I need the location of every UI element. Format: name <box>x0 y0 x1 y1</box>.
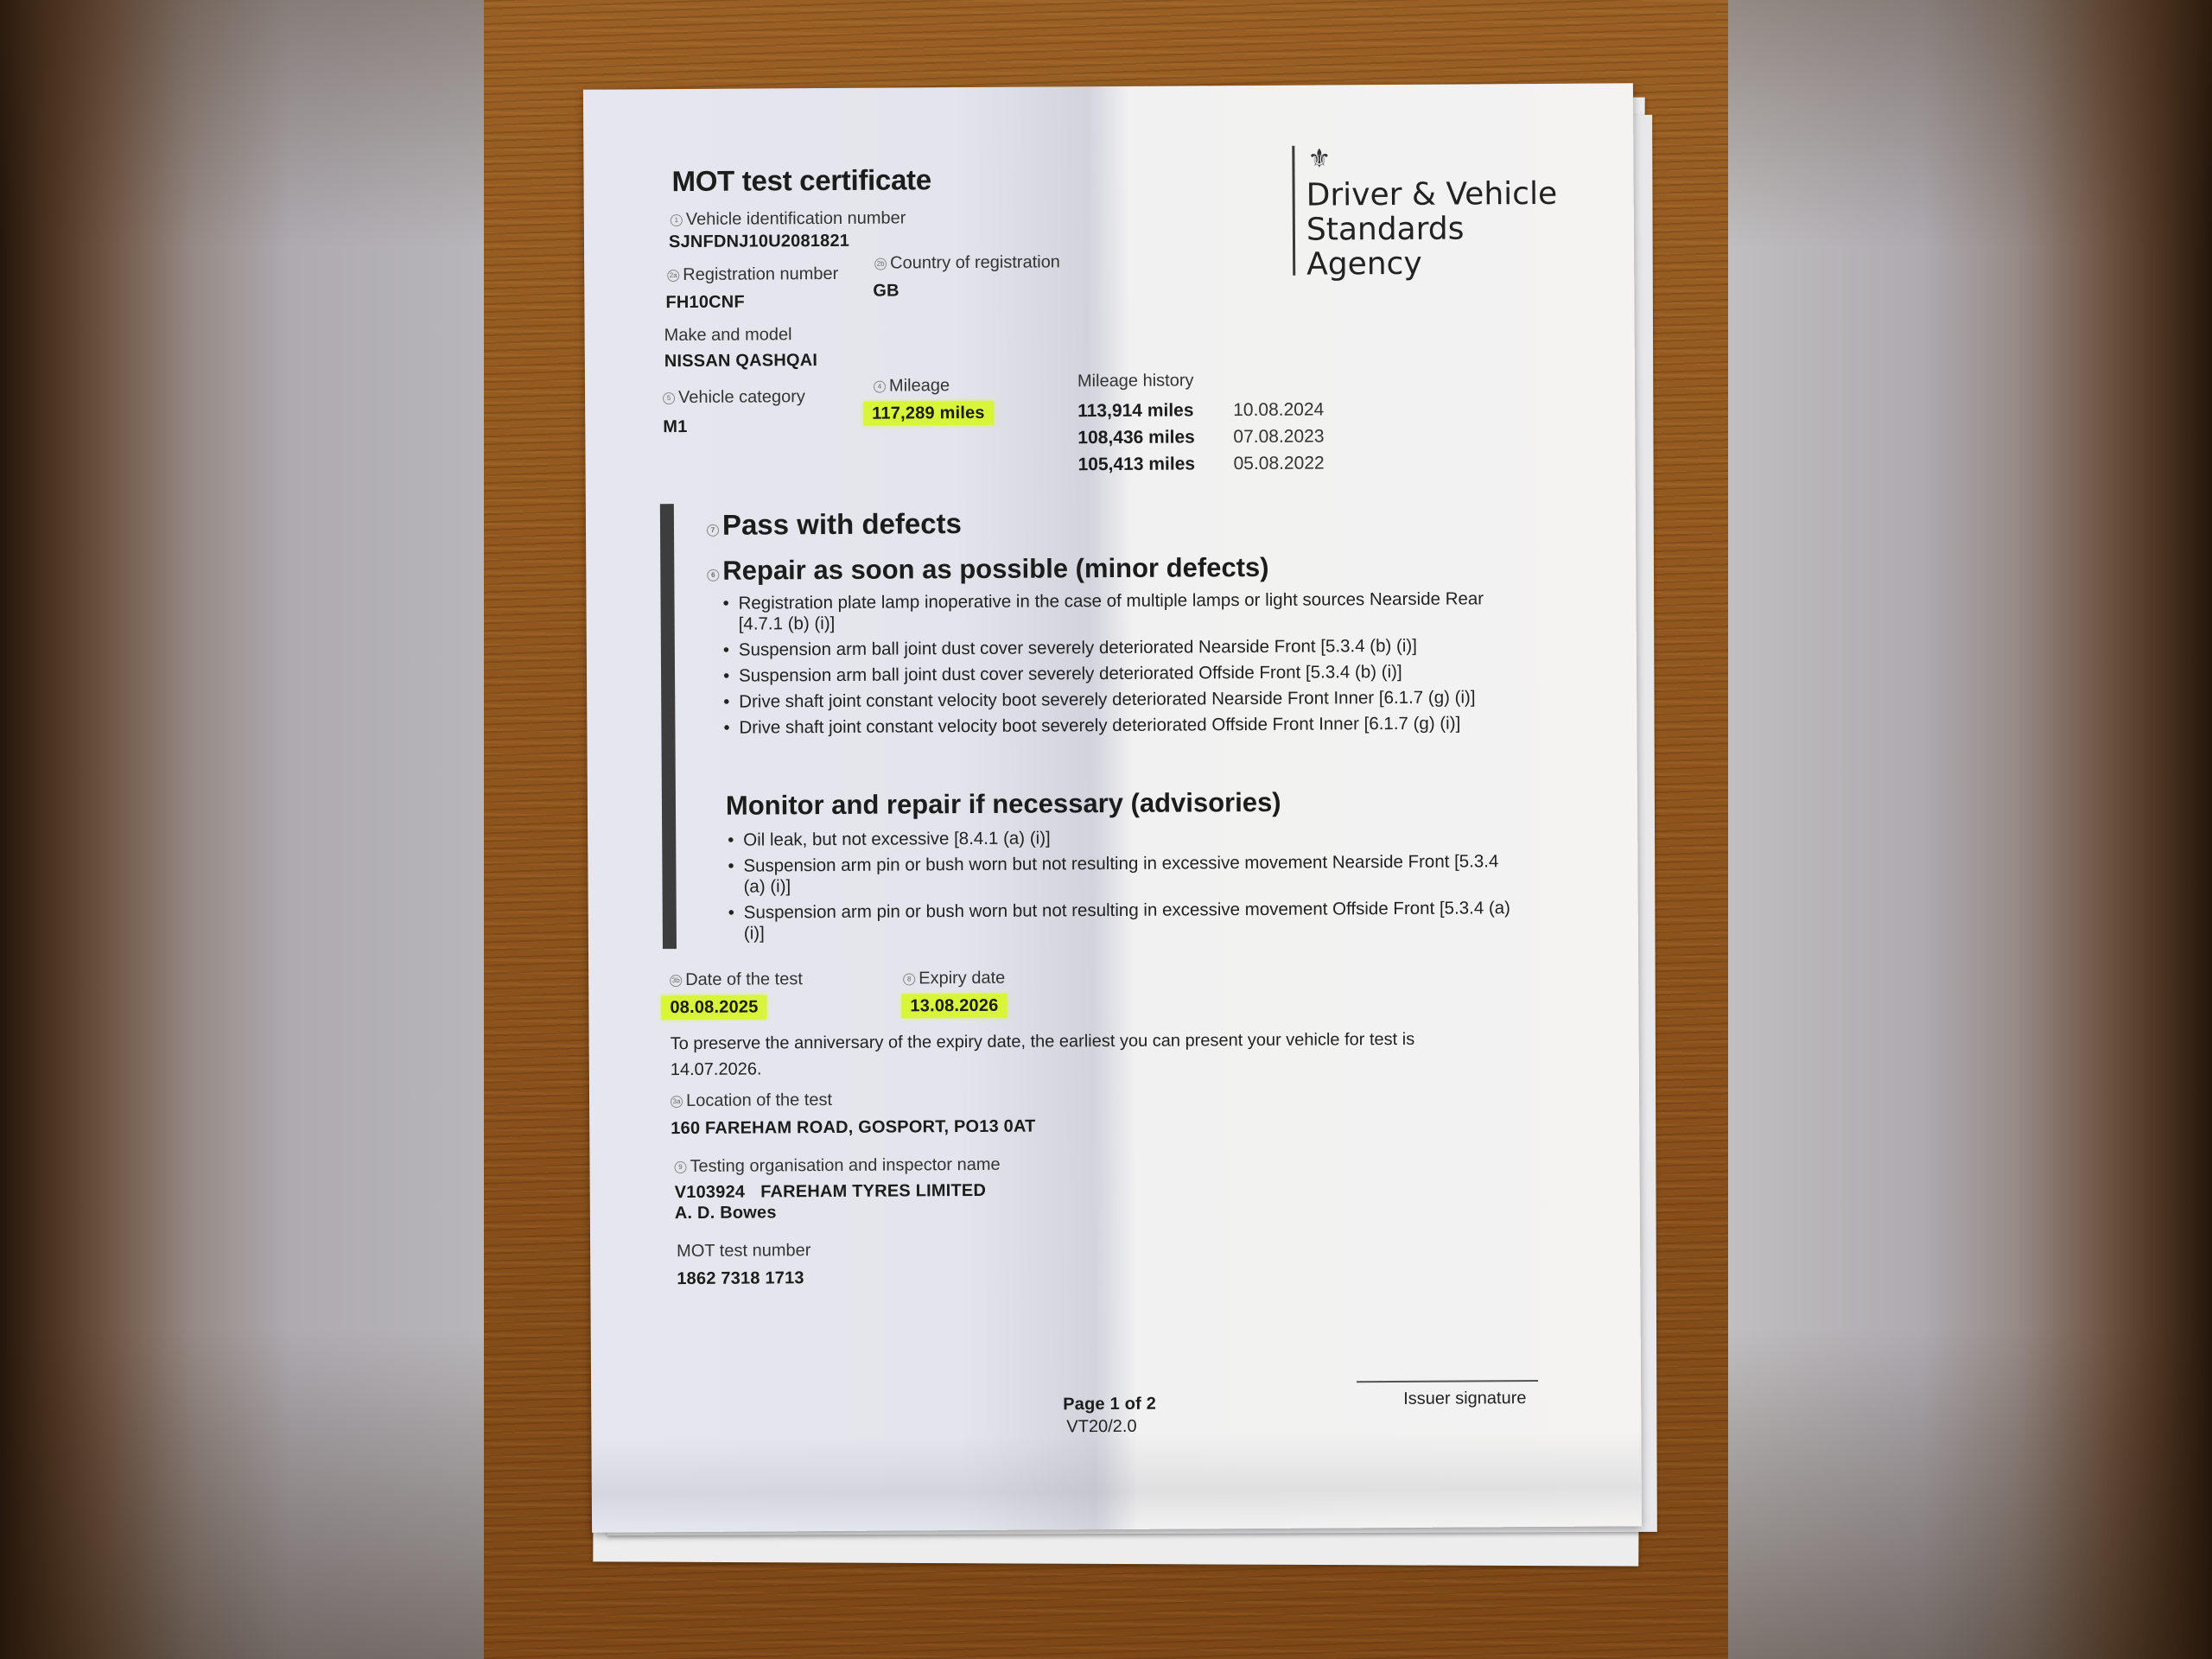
mileage-label: 4Mileage <box>874 376 950 397</box>
test-date-label-text: Date of the test <box>685 969 803 989</box>
agency-line-2: Standards <box>1306 212 1558 248</box>
field-number-badge: 4 <box>874 380 886 392</box>
signature-line <box>1357 1380 1538 1382</box>
location-value: 160 FAREHAM ROAD, GOSPORT, PO13 0AT <box>671 1117 1035 1140</box>
minor-defects-heading-text: Repair as soon as possible (minor defect… <box>722 552 1268 586</box>
advisory-item: Suspension arm pin or bush worn but not … <box>728 898 1523 944</box>
test-number-value: 1862 7318 1713 <box>677 1268 804 1289</box>
tester-label-text: Testing organisation and inspector name <box>690 1155 1000 1176</box>
expiry-date-label-text: Expiry date <box>918 969 1005 988</box>
paper-fold-shadow <box>591 1431 1642 1532</box>
agency-line-1: Driver & Vehicle <box>1306 177 1558 213</box>
royal-coat-of-arms-icon: ⚜ <box>1307 143 1331 174</box>
vehicle-category-label-text: Vehicle category <box>678 387 805 407</box>
vin-label: 1Vehicle identification number <box>671 208 906 230</box>
mileage-history-label: Mileage history <box>1077 371 1194 391</box>
result-sidebar-bar <box>660 504 677 949</box>
blurred-background-right <box>1728 0 2212 1659</box>
history-date: 05.08.2022 <box>1233 449 1324 477</box>
test-result-status: 7Pass with defects <box>707 507 962 542</box>
document-title: MOT test certificate <box>671 163 931 198</box>
registration-value: FH10CNF <box>665 293 745 314</box>
test-date-label: 3bDate of the test <box>670 969 803 990</box>
agency-logo: Driver & Vehicle Standards Agency <box>1306 177 1558 283</box>
field-number-badge: 7 <box>707 524 719 536</box>
vin-label-text: Vehicle identification number <box>686 208 906 229</box>
field-number-badge: 5 <box>663 392 675 404</box>
minor-defect-item: Suspension arm ball joint dust cover sev… <box>723 661 1518 687</box>
tester-org: V103924FAREHAM TYRES LIMITED <box>675 1181 986 1203</box>
mileage-label-text: Mileage <box>889 376 950 395</box>
mot-certificate-page: MOT test certificate ⚜ Driver & Vehicle … <box>583 83 1642 1532</box>
vehicle-category-label: 5Vehicle category <box>663 387 805 408</box>
field-number-badge: 2b <box>874 257 887 270</box>
history-miles: 113,914 miles <box>1077 397 1233 424</box>
logo-divider <box>1292 146 1295 276</box>
tester-org-name: FAREHAM TYRES LIMITED <box>760 1181 986 1202</box>
advisory-item: Suspension arm pin or bush worn but not … <box>728 851 1522 898</box>
field-number-badge: 3b <box>670 975 682 987</box>
minor-defect-item: Drive shaft joint constant velocity boot… <box>723 687 1518 713</box>
tester-label: 9Testing organisation and inspector name <box>674 1155 1000 1177</box>
vin-value: SJNFDNJ10U2081821 <box>669 232 849 252</box>
field-number-badge: 3a <box>671 1096 683 1108</box>
test-date-value: 08.08.2025 <box>670 997 766 1018</box>
minor-defect-item: Registration plate lamp inoperative in t… <box>722 588 1517 635</box>
vehicle-category-value: M1 <box>663 417 687 437</box>
field-number-badge: 9 <box>674 1161 686 1173</box>
expiry-date-value: 13.08.2026 <box>910 996 1007 1017</box>
mileage-history-row: 105,413 miles05.08.2022 <box>1077 449 1324 478</box>
page-number: Page 1 of 2 <box>1063 1395 1156 1415</box>
expiry-date-label: 8Expiry date <box>903 969 1005 989</box>
field-number-badge: 8 <box>903 973 915 985</box>
minor-defect-item: Drive shaft joint constant velocity boot… <box>723 713 1518 739</box>
test-date-highlight: 08.08.2025 <box>661 995 766 1020</box>
location-label: 3aLocation of the test <box>671 1090 832 1111</box>
field-number-badge: 6 <box>707 569 719 581</box>
advisories-list: Oil leak, but not excessive [8.4.1 (a) (… <box>728 825 1523 950</box>
mileage-history-row: 108,436 miles07.08.2023 <box>1077 423 1324 451</box>
inspector-name: A. D. Bowes <box>675 1203 777 1224</box>
history-date: 07.08.2023 <box>1233 423 1324 450</box>
history-miles: 105,413 miles <box>1077 450 1233 478</box>
location-label-text: Location of the test <box>686 1090 832 1110</box>
blurred-background-left <box>0 0 484 1659</box>
agency-line-3: Agency <box>1306 246 1558 283</box>
anniversary-note: To preserve the anniversary of the expir… <box>671 1026 1500 1083</box>
field-number-badge: 1 <box>671 214 683 226</box>
advisory-item: Oil leak, but not excessive [8.4.1 (a) (… <box>728 825 1522 851</box>
mileage-highlight: 117,289 miles <box>863 401 994 426</box>
minor-defect-item: Suspension arm ball joint dust cover sev… <box>723 635 1518 661</box>
history-miles: 108,436 miles <box>1077 423 1233 451</box>
test-number-label: MOT test number <box>677 1241 810 1262</box>
country-label-text: Country of registration <box>890 252 1060 272</box>
country-label: 2bCountry of registration <box>874 252 1060 273</box>
issuer-signature-label: Issuer signature <box>1403 1389 1526 1409</box>
field-number-badge: 2a <box>667 270 679 282</box>
tester-org-code: V103924 <box>675 1183 746 1202</box>
expiry-date-highlight: 13.08.2026 <box>901 994 1007 1019</box>
mileage-value: 117,289 miles <box>872 404 994 424</box>
minor-defects-heading: 6Repair as soon as possible (minor defec… <box>707 552 1268 587</box>
make-model-value: NISSAN QASHQAI <box>664 351 817 372</box>
minor-defects-list: Registration plate lamp inoperative in t… <box>722 588 1518 744</box>
make-model-label: Make and model <box>664 325 792 346</box>
form-code: VT20/2.0 <box>1066 1417 1136 1437</box>
mileage-history-table: 113,914 miles10.08.2024108,436 miles07.0… <box>1077 396 1325 478</box>
advisories-heading: Monitor and repair if necessary (advisor… <box>726 787 1281 822</box>
mileage-history-row: 113,914 miles10.08.2024 <box>1077 396 1324 424</box>
registration-label-text: Registration number <box>683 264 838 284</box>
history-date: 10.08.2024 <box>1233 396 1324 423</box>
country-value: GB <box>873 281 899 301</box>
registration-label: 2aRegistration number <box>667 264 838 285</box>
status-text: Pass with defects <box>722 507 962 541</box>
